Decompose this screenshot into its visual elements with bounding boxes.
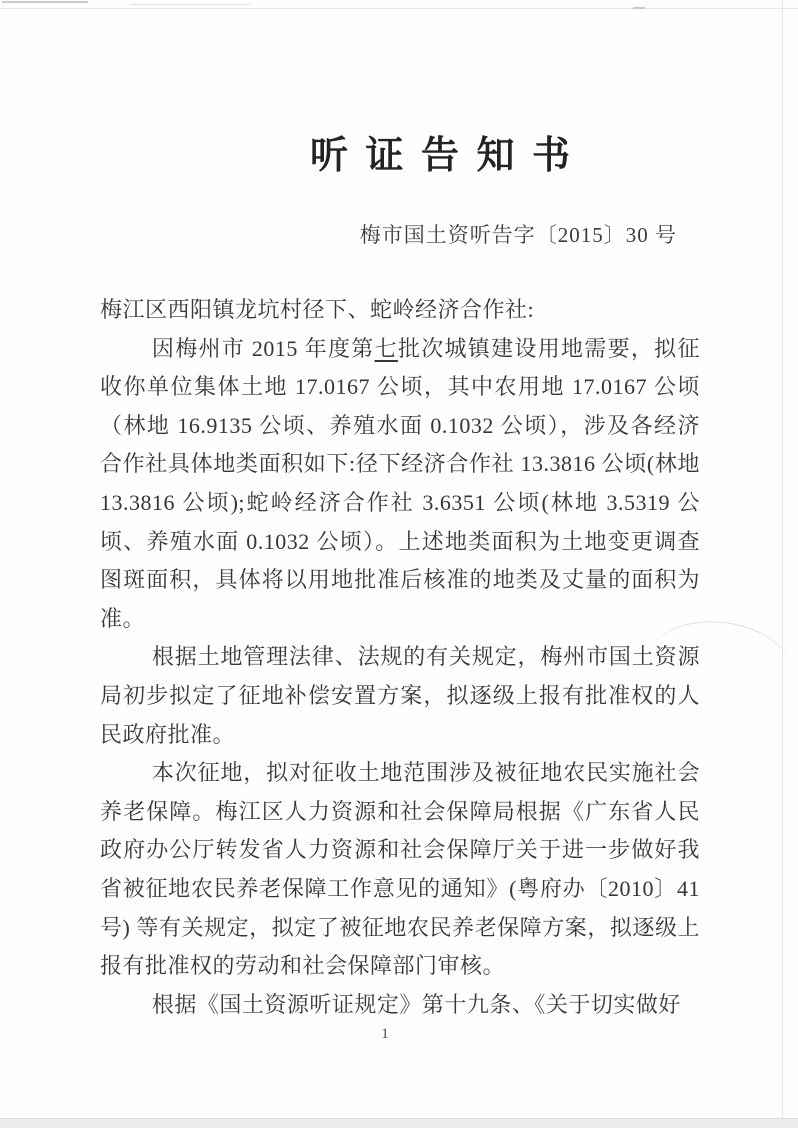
paragraph-1: 因梅州市 2015 年度第七批次城镇建设用地需要，拟征收你单位集体土地 17.0… [100,330,700,639]
salutation: 梅江区西阳镇龙坑村径下、蛇岭经济合作社: [100,291,700,330]
scan-artifact-top-tick [633,7,645,9]
paragraph-1-segment-post: 批次城镇建设用地需要，拟征收你单位集体土地 17.0167 公顷，其中农用地 1… [100,336,700,631]
scan-artifact-top-edge [0,8,798,9]
scan-artifact-top-left-mark [2,1,88,3]
scanned-document-page: 听 证 告 知 书 梅市国土资听告字〔2015〕30 号 梅江区西阳镇龙坑村径下… [0,0,798,1128]
paragraph-1-underlined-batch-character: 七 [375,336,398,361]
document-title: 听 证 告 知 书 [0,124,798,179]
document-body: 梅江区西阳镇龙坑村径下、蛇岭经济合作社: 因梅州市 2015 年度第七批次城镇建… [100,291,700,1024]
paragraph-2: 根据土地管理法律、法规的有关规定，梅州市国土资源局初步拟定了征地补偿安置方案，拟… [100,638,700,754]
paragraph-4: 根据《国土资源听证规定》第十九条、《关于切实做好 [100,986,700,1025]
scan-artifact-bottom-edge [0,1118,798,1128]
paragraph-3: 本次征地，拟对征收土地范围涉及被征地农民实施社会养老保障。梅江区人力资源和社会保… [100,754,700,986]
page-number: 1 [0,1026,770,1043]
paragraph-1-segment-pre: 因梅州市 2015 年度第 [152,336,375,361]
scan-artifact-top-mid-mark [130,4,250,5]
document-number: 梅市国土资听告字〔2015〕30 号 [100,219,700,249]
